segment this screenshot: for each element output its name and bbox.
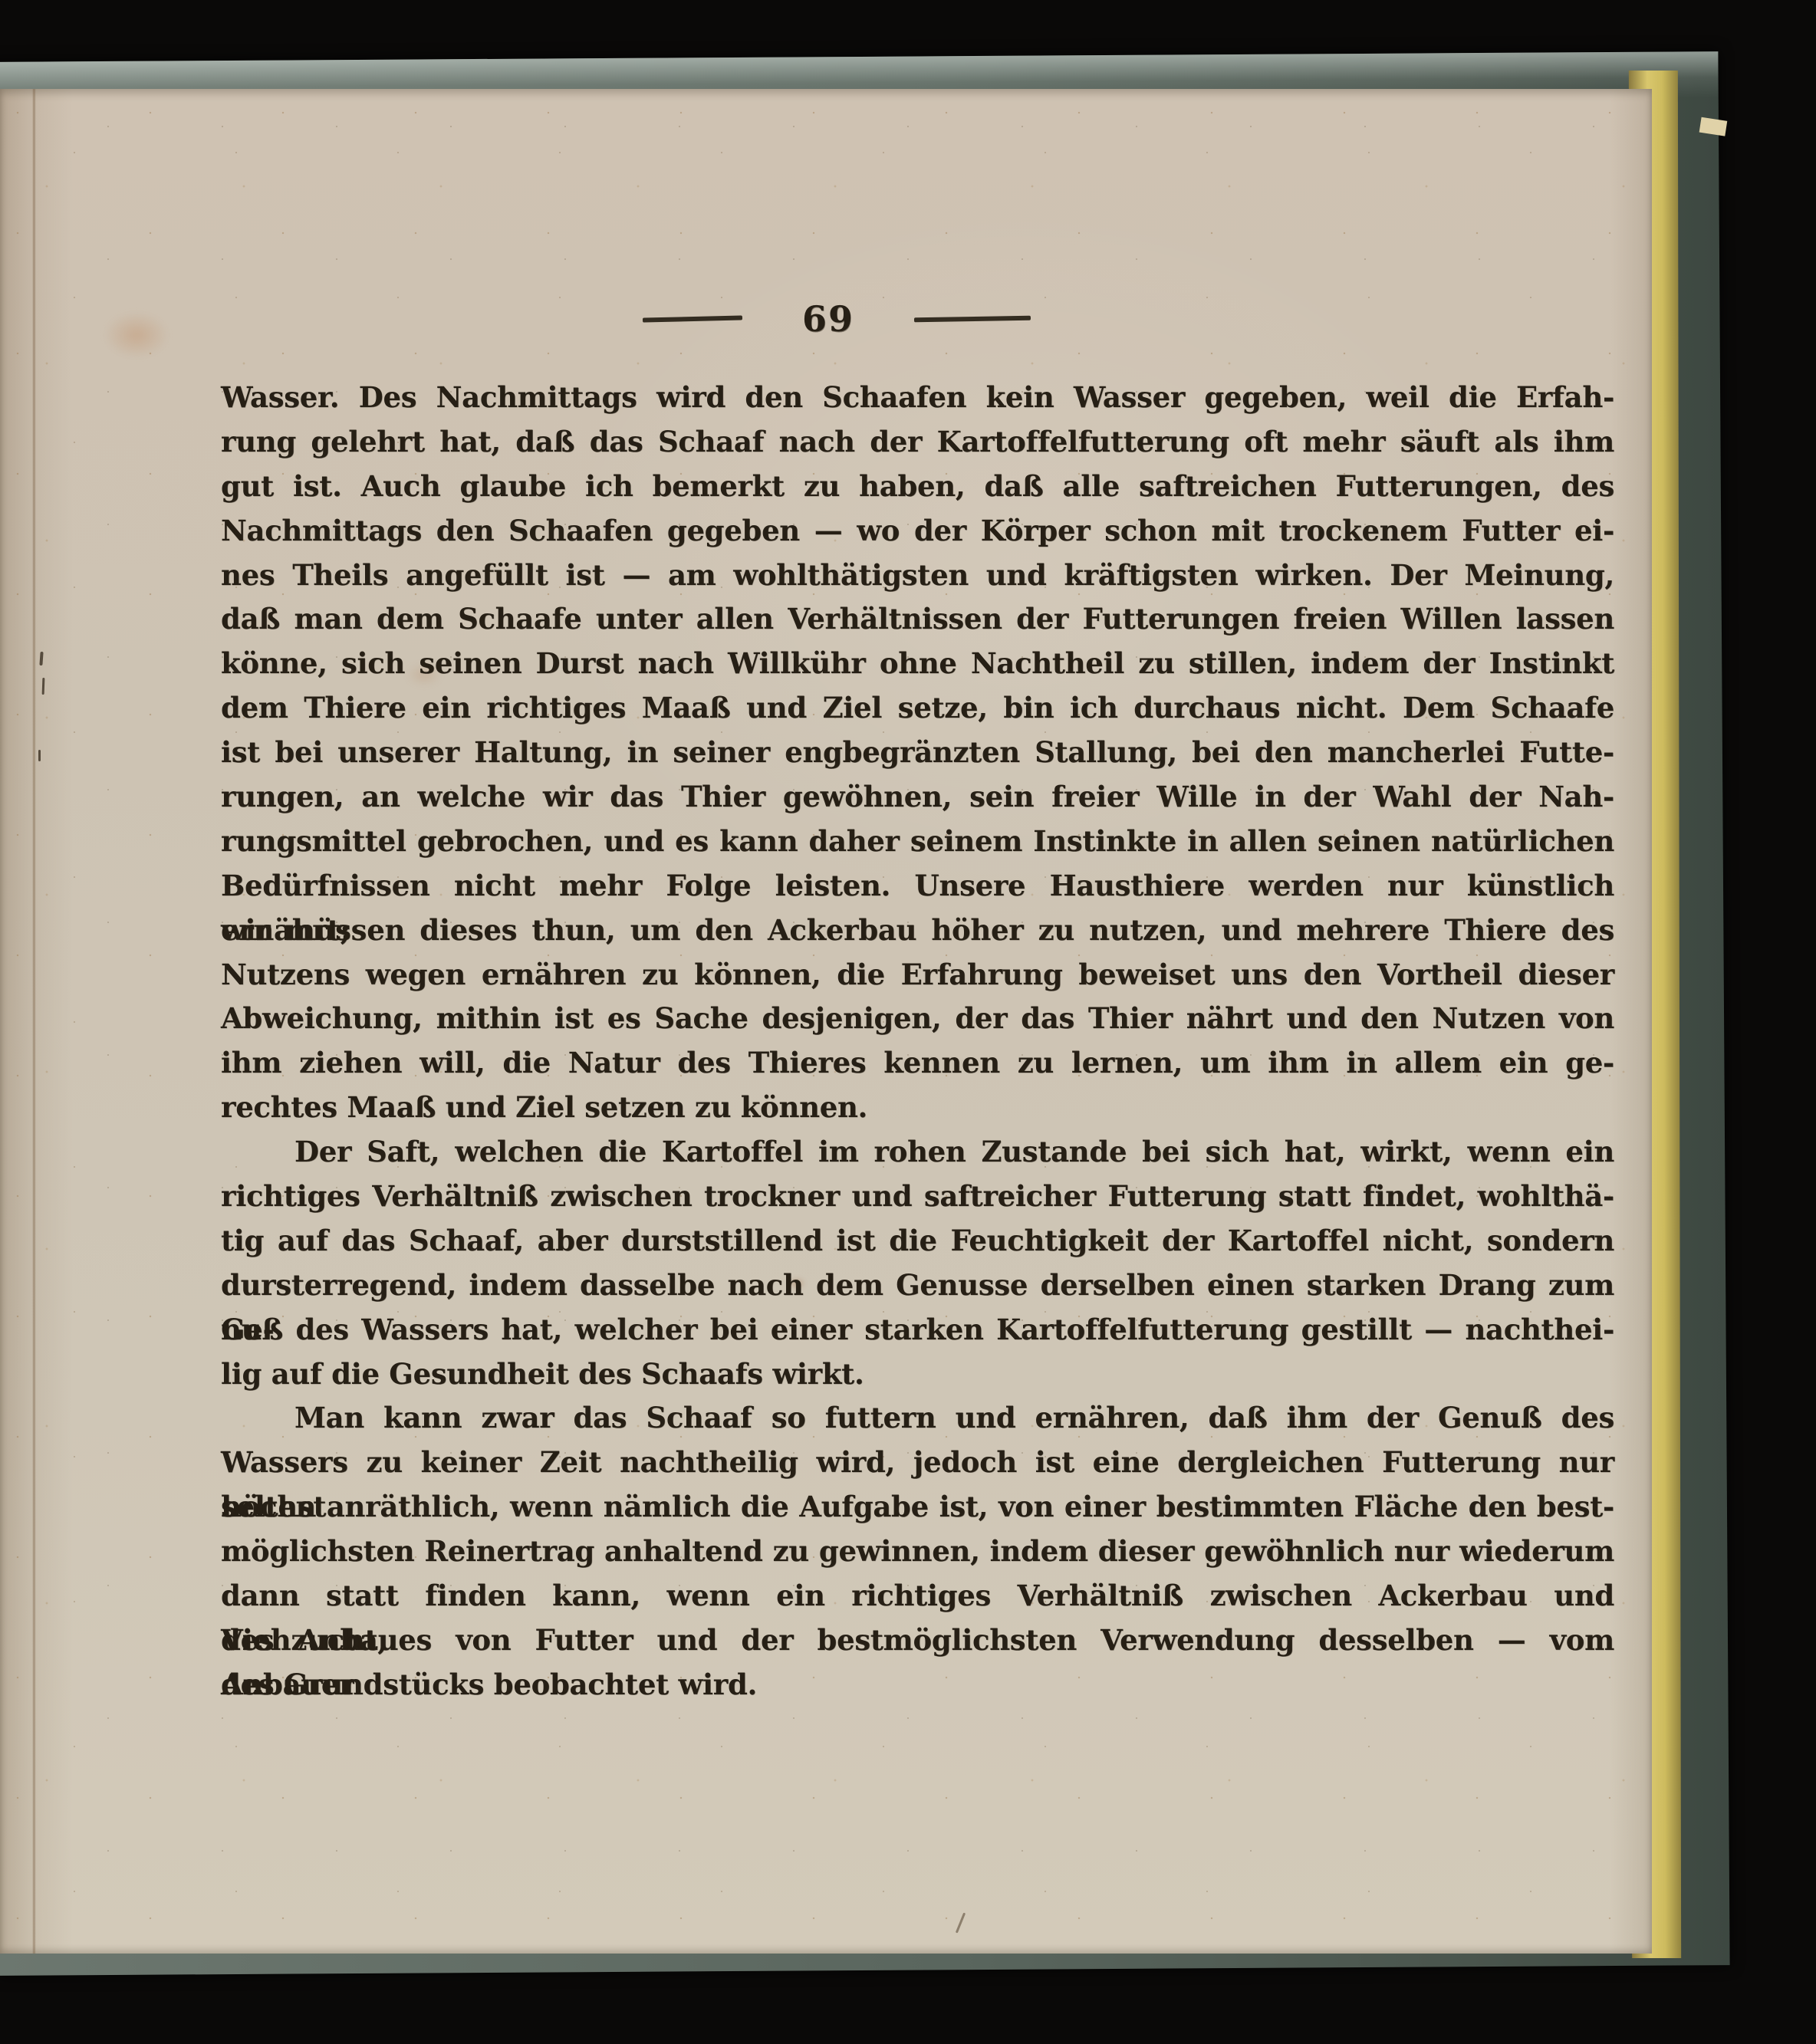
text-line: Nutzens wegen ernähren zu können, die Er… [221,953,1614,997]
text-line: wir müssen dieses thun, um den Ackerbau … [221,909,1614,953]
text-line: des Grundstücks beobachtet wird. [221,1663,1614,1707]
paper-stain [90,302,183,368]
margin-ink-mark [42,678,45,695]
text-line: ihm ziehen will, die Natur des Thieres k… [221,1041,1614,1086]
gutter-crease [32,89,36,1954]
text-line: dursterregend, indem dasselbe nach dem G… [221,1264,1614,1308]
margin-ink-mark [39,652,43,665]
text-line: lig auf die Gesundheit des Schaafs wirkt… [221,1352,1614,1397]
text-line: Abweichung, mithin ist es Sache desjenig… [221,997,1614,1041]
text-line: nes Theils angefüllt ist — am wohlthätig… [221,554,1614,598]
text-line: tig auf das Schaaf, aber durststillend i… [221,1219,1614,1264]
margin-ink-mark [38,750,41,761]
text-line: rungen, an welche wir das Thier gewöhnen… [221,775,1614,820]
text-line: rung gelehrt hat, daß das Schaaf nach de… [221,420,1614,465]
text-block: Wasser. Des Nachmittags wird den Schaafe… [221,376,1614,1707]
text-line: selten anräthlich, wenn nämlich die Aufg… [221,1485,1614,1530]
text-line: daß man dem Schaafe unter allen Verhältn… [221,597,1614,642]
text-line: dann statt finden kann, wenn ein richtig… [221,1574,1614,1618]
page-header: 69 [643,294,1031,343]
paragraph: Der Saft, welchen die Kartoffel im rohen… [221,1130,1614,1396]
text-line: dem Thiere ein richtiges Maaß und Ziel s… [221,686,1614,731]
text-line: ist bei unserer Haltung, in seiner engbe… [221,731,1614,775]
text-line: Bedürfnissen nicht mehr Folge leisten. U… [221,864,1614,909]
book-scan-scene: 69 Wasser. Des Nachmittags wird den Scha… [0,0,1816,2044]
text-line: gut ist. Auch glaube ich bemerkt zu habe… [221,465,1614,509]
text-line: nuß des Wassers hat, welcher bei einer s… [221,1308,1614,1352]
text-line: rungsmittel gebrochen, und es kann daher… [221,820,1614,864]
cover-corner-tear [1699,117,1728,136]
header-rule-left [643,315,742,322]
text-line: könne, sich seinen Durst nach Willkühr o… [221,642,1614,686]
text-line: Wasser. Des Nachmittags wird den Schaafe… [221,376,1614,420]
book-page: 69 Wasser. Des Nachmittags wird den Scha… [0,89,1652,1954]
text-line: rechtes Maaß und Ziel setzen zu können. [221,1086,1614,1130]
header-rule-right [914,316,1031,323]
paragraph: Wasser. Des Nachmittags wird den Schaafe… [221,376,1614,1130]
text-line: richtiges Verhältniß zwischen trockner u… [221,1175,1614,1219]
text-line: des Anbaues von Futter und der bestmögli… [221,1618,1614,1663]
margin-ink-mark [956,1912,966,1933]
paragraph: Man kann zwar das Schaaf so futtern und … [221,1396,1614,1707]
text-line: Der Saft, welchen die Kartoffel im rohen… [221,1130,1614,1175]
text-line: Nachmittags den Schaafen gegeben — wo de… [221,509,1614,554]
text-line: Man kann zwar das Schaaf so futtern und … [221,1396,1614,1441]
page-number: 69 [802,298,854,340]
text-line: möglichsten Reinertrag anhaltend zu gewi… [221,1530,1614,1574]
text-line: Wassers zu keiner Zeit nachtheilig wird,… [221,1441,1614,1485]
